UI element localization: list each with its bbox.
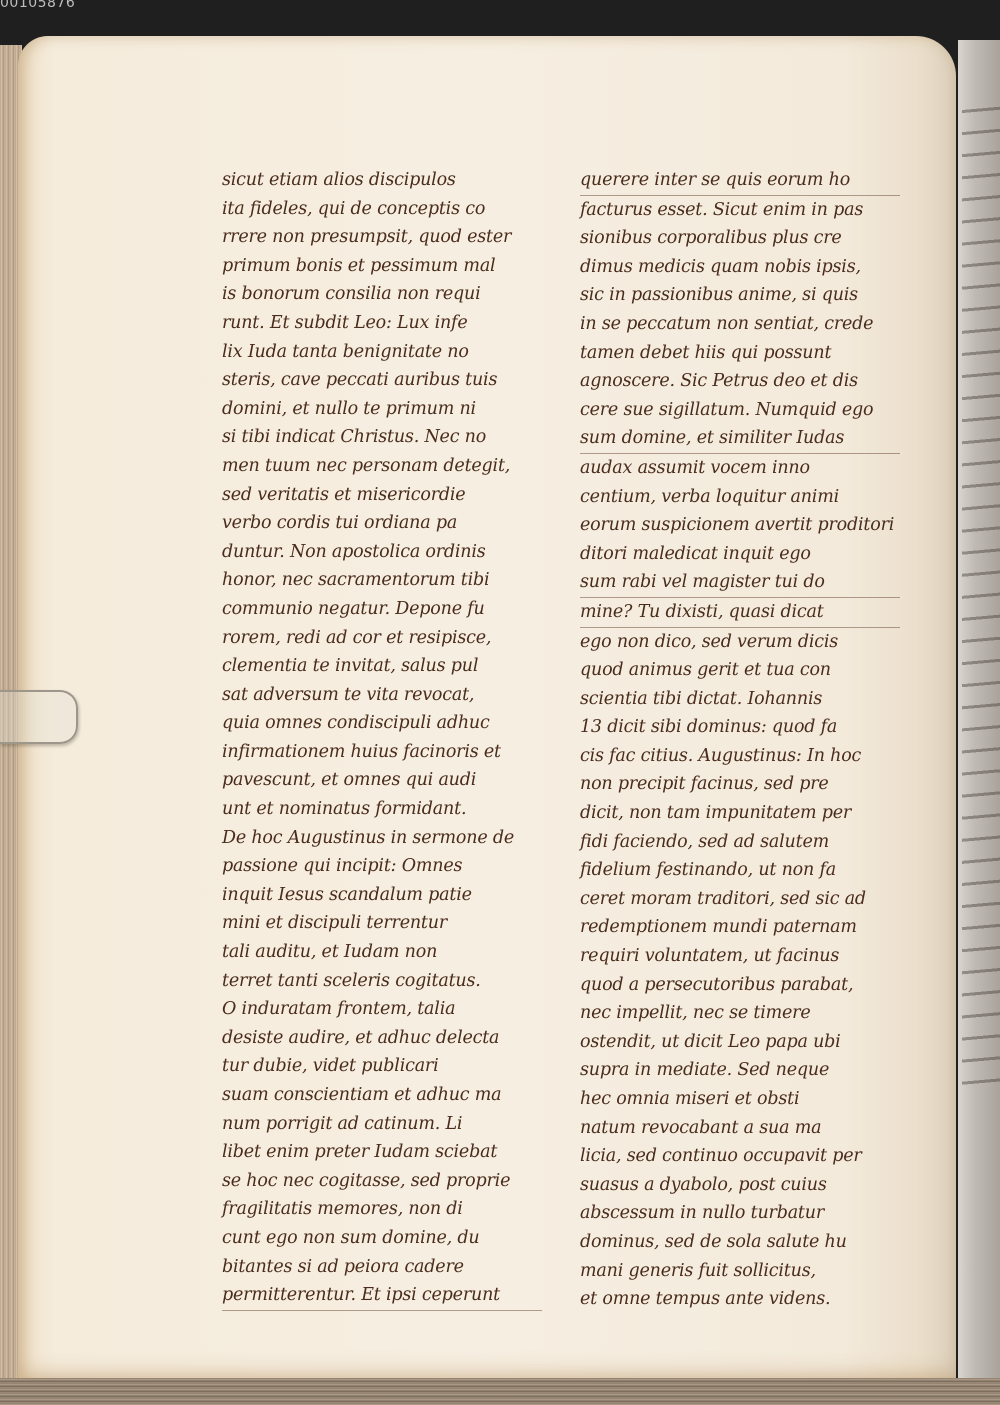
manuscript-line: mine? Tu dixisti, quasi dicat [580,598,900,628]
manuscript-line: ceret moram traditori, sed sic ad [580,885,900,914]
manuscript-line: tur dubie, videt publicari [222,1052,542,1081]
manuscript-line: cis fac citius. Augustinus: In hoc [580,742,900,771]
manuscript-line: clementia te invitat, salus pul [222,652,542,681]
manuscript-line: ditori maledicat inquit ego [580,540,900,569]
manuscript-line: lix Iuda tanta benignitate no [222,338,542,367]
manuscript-line: audax assumit vocem inno [580,454,900,483]
manuscript-line: verbo cordis tui ordiana pa [222,509,542,538]
manuscript-line: fidi faciendo, sed ad salutem [580,828,900,857]
manuscript-line: infirmationem huius facinoris et [222,738,542,767]
manuscript-line: suasus a dyabolo, post cuius [580,1171,900,1200]
manuscript-line: duntur. Non apostolica ordinis [222,538,542,567]
manuscript-line: requiri voluntatem, ut facinus [580,942,900,971]
manuscript-line: sat adversum te vita revocat, [222,681,542,710]
text-column-left: sicut etiam alios discipulosita fideles,… [222,166,542,1311]
manuscript-line: 13 dicit sibi dominus: quod fa [580,713,900,742]
manuscript-line: suam conscientiam et adhuc ma [222,1081,542,1110]
manuscript-line: mini et discipuli terrentur [222,909,542,938]
manuscript-line: quod a persecutoribus parabat, [580,971,900,1000]
manuscript-line: honor, nec sacramentorum tibi [222,566,542,595]
facing-page-text [962,100,1000,1100]
manuscript-line: De hoc Augustinus in sermone de [222,824,542,853]
manuscript-line: ostendit, ut dicit Leo papa ubi [580,1028,900,1057]
manuscript-line: querere inter se quis eorum ho [580,166,900,196]
manuscript-line: sum rabi vel magister tui do [580,568,900,598]
manuscript-line: dominus, sed de sola salute hu [580,1228,900,1257]
manuscript-line: communio negatur. Depone fu [222,595,542,624]
manuscript-line: eorum suspicionem avertit proditori [580,511,900,540]
manuscript-line: ego non dico, sed verum dicis [580,628,900,657]
manuscript-line: scientia tibi dictat. Iohannis [580,685,900,714]
page-clip [0,690,78,744]
manuscript-line: si tibi indicat Christus. Nec no [222,423,542,452]
manuscript-line: sionibus corporalibus plus cre [580,224,900,253]
manuscript-line: ita fideles, qui de conceptis co [222,195,542,224]
manuscript-line: se hoc nec cogitasse, sed proprie [222,1167,542,1196]
manuscript-line: sic in passionibus anime, si quis [580,281,900,310]
manuscript-line: cunt ego non sum domine, du [222,1224,542,1253]
manuscript-line: in se peccatum non sentiat, crede [580,310,900,339]
manuscript-line: redemptionem mundi paternam [580,913,900,942]
manuscript-line: sicut etiam alios discipulos [222,166,542,195]
manuscript-line: fragilitatis memores, non di [222,1195,542,1224]
manuscript-line: is bonorum consilia non requi [222,280,542,309]
manuscript-line: runt. Et subdit Leo: Lux infe [222,309,542,338]
manuscript-line: agnoscere. Sic Petrus deo et dis [580,367,900,396]
manuscript-line: rrere non presumpsit, quod ester [222,223,542,252]
manuscript-line: sum domine, et similiter Iudas [580,424,900,454]
manuscript-line: passione qui incipit: Omnes [222,852,542,881]
manuscript-line: mani generis fuit sollicitus, [580,1257,900,1286]
manuscript-line: quod animus gerit et tua con [580,656,900,685]
text-column-right: querere inter se quis eorum hofacturus e… [580,166,900,1314]
manuscript-line: centium, verba loquitur animi [580,483,900,512]
manuscript-line: bitantes si ad peiora cadere [222,1253,542,1282]
manuscript-line: pavescunt, et omnes qui audi [222,766,542,795]
manuscript-line: nec impellit, nec se timere [580,999,900,1028]
page-fore-edge-bottom [0,1378,1000,1405]
manuscript-line: quia omnes condiscipuli adhuc [222,709,542,738]
manuscript-line: facturus esset. Sicut enim in pas [580,196,900,225]
manuscript-line: abscessum in nullo turbatur [580,1199,900,1228]
scan-identifier-label: 00105876 [0,0,75,11]
manuscript-line: terret tanti sceleris cogitatus. [222,967,542,996]
manuscript-line: sed veritatis et misericordie [222,481,542,510]
manuscript-line: unt et nominatus formidant. [222,795,542,824]
manuscript-line: hec omnia miseri et obsti [580,1085,900,1114]
manuscript-line: non precipit facinus, sed pre [580,770,900,799]
manuscript-line: tamen debet hiis qui possunt [580,339,900,368]
manuscript-line: inquit Iesus scandalum patie [222,881,542,910]
manuscript-line: men tuum nec personam detegit, [222,452,542,481]
manuscript-line: cere sue sigillatum. Numquid ego [580,396,900,425]
manuscript-line: dimus medicis quam nobis ipsis, [580,253,900,282]
manuscript-line: natum revocabant a sua ma [580,1114,900,1143]
manuscript-line: steris, cave peccati auribus tuis [222,366,542,395]
manuscript-line: dicit, non tam impunitatem per [580,799,900,828]
manuscript-line: num porrigit ad catinum. Li [222,1110,542,1139]
manuscript-line: fidelium festinando, ut non fa [580,856,900,885]
manuscript-line: tali auditu, et Iudam non [222,938,542,967]
manuscript-line: libet enim preter Iudam sciebat [222,1138,542,1167]
manuscript-line: licia, sed continuo occupavit per [580,1142,900,1171]
manuscript-line: domini, et nullo te primum ni [222,395,542,424]
manuscript-line: primum bonis et pessimum mal [222,252,542,281]
manuscript-line: permitterentur. Et ipsi ceperunt [222,1281,542,1311]
manuscript-line: O induratam frontem, talia [222,995,542,1024]
manuscript-line: et omne tempus ante videns. [580,1285,900,1314]
manuscript-line: supra in mediate. Sed neque [580,1056,900,1085]
manuscript-line: desiste audire, et adhuc delecta [222,1024,542,1053]
manuscript-line: rorem, redi ad cor et resipisce, [222,624,542,653]
